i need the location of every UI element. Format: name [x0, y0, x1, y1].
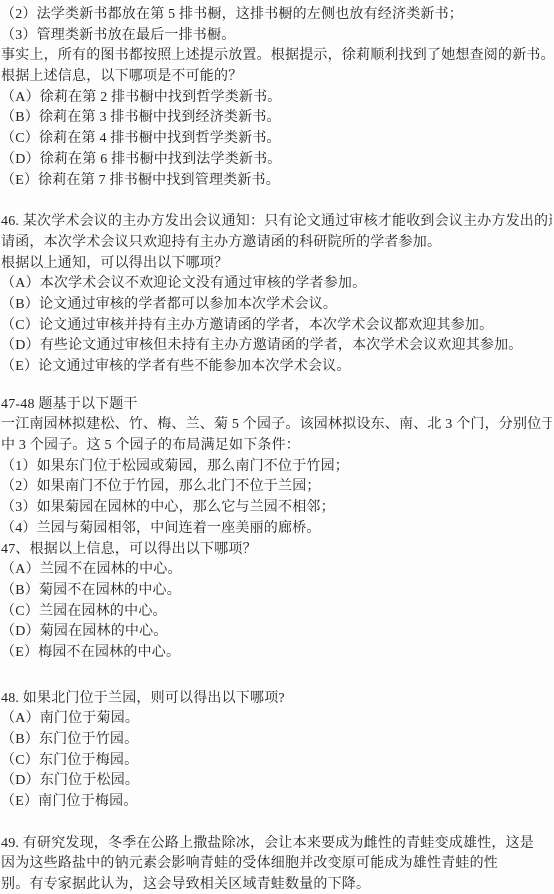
condition-2: （2）如果南门不位于竹园，那么北门不位于兰园； [1, 477, 552, 498]
condition-4: （4）兰园与菊园相邻，中间连着一座美丽的廊桥。 [1, 519, 552, 540]
condition-3: （3）如果菊园在园林的中心，那么它与兰园不相邻； [1, 498, 552, 519]
option-d: （D）东门位于松园。 [1, 771, 552, 792]
option-b: （B）菊园不在园林的中心。 [1, 581, 552, 602]
option-e: （E）南门位于梅园。 [1, 792, 552, 813]
question-line: 根据上述信息，以下哪项是不可能的？ [1, 67, 552, 88]
option-b: （B）论文通过审核的学者都可以参加本次学术会议。 [1, 295, 552, 316]
option-c: （C）论文通过审核并持有主办方邀请函的学者，本次学术会议都欢迎其参加。 [1, 316, 552, 337]
exam-document-page: （2）法学类新书都放在第 5 排书橱，这排书橱的左侧也放有经济类新书； （3）管… [0, 0, 554, 894]
question-47: 47、根据以上信息，可以得出以下哪项？ （A）兰园不在园林的中心。 （B）菊园不… [1, 540, 552, 664]
condition-1: （1）如果东门位于松园或菊园，那么南门不位于竹园； [1, 457, 552, 478]
stem-header: 47-48 题基于以下题干 [1, 395, 552, 416]
option-d: （D）菊园在园林的中心。 [1, 622, 552, 643]
stem-line-3: 别。有专家据此认为，这会导致相关区域青蛙数量的下降。 [1, 875, 552, 894]
option-c: （C）兰园在园林的中心。 [1, 602, 552, 623]
stem-line-2: 因为这些路盐中的钠元素会影响青蛙的受体细胞并改变原可能成为雄性青蛙的性 [1, 854, 552, 875]
option-c: （C）徐莉在第 4 排书橱中找到哲学类新书。 [1, 129, 552, 150]
clue-line-2: （2）法学类新书都放在第 5 排书橱，这排书橱的左侧也放有经济类新书； [1, 5, 552, 26]
option-b: （B）徐莉在第 3 排书橱中找到经济类新书。 [1, 108, 552, 129]
option-a: （A）南门位于菊园。 [1, 709, 552, 730]
question-46: 46. 某次学术会议的主办方发出会议通知：只有论文通过审核才能收到会议主办方发出… [1, 212, 552, 378]
fact-line: 事实上，所有的图书都按照上述提示放置。根据提示，徐莉顺利找到了她想查阅的新书。 [1, 46, 552, 67]
option-e: （E）论文通过审核的学者有些不能参加本次学术会议。 [1, 357, 552, 378]
questions-47-48-stem: 47-48 题基于以下题干 一江南园林拟建松、竹、梅、兰、菊 5 个园子。该园林… [1, 395, 552, 540]
clue-line-3: （3）管理类新书放在最后一排书橱。 [1, 26, 552, 47]
option-a: （A）徐莉在第 2 排书橱中找到哲学类新书。 [1, 88, 552, 109]
option-e: （E）梅园不在园林的中心。 [1, 643, 552, 664]
question-line: 47、根据以上信息，可以得出以下哪项？ [1, 540, 552, 561]
option-a: （A）本次学术会议不欢迎论文没有通过审核的学者参加。 [1, 274, 552, 295]
stem-line-1: 46. 某次学术会议的主办方发出会议通知：只有论文通过审核才能收到会议主办方发出… [1, 212, 552, 233]
exam-page-body: { "page": { "bg_color": "#fdfdfd", "text… [0, 0, 554, 894]
question-45-continuation: （2）法学类新书都放在第 5 排书橱，这排书橱的左侧也放有经济类新书； （3）管… [1, 5, 552, 191]
stem-line-2: 请函，本次学术会议只欢迎持有主办方邀请函的科研院所的学者参加。 [1, 233, 552, 254]
option-d: （D）徐莉在第 6 排书橱中找到法学类新书。 [1, 150, 552, 171]
option-b: （B）东门位于竹园。 [1, 730, 552, 751]
option-c: （C）东门位于梅园。 [1, 751, 552, 772]
option-d: （D）有些论文通过审核但未持有主办方邀请函的学者，本次学术会议欢迎其参加。 [1, 336, 552, 357]
option-e: （E）徐莉在第 7 排书橱中找到管理类新书。 [1, 171, 552, 192]
question-line: 根据以上通知，可以得出以下哪项？ [1, 254, 552, 275]
stem-line-1: 一江南园林拟建松、竹、梅、兰、菊 5 个园子。该园林拟设东、南、北 3 个门，分… [1, 415, 552, 436]
question-line: 48. 如果北门位于兰园，则可以得出以下哪项? [1, 689, 552, 710]
stem-line-1: 49. 有研究发现，冬季在公路上撒盐除冰，会让本来要成为雌性的青蛙变成雄性，这是 [1, 834, 552, 855]
stem-line-2: 中 3 个园子。这 5 个园子的布局满足如下条件： [1, 436, 552, 457]
question-48: 48. 如果北门位于兰园，则可以得出以下哪项? （A）南门位于菊园。 （B）东门… [1, 689, 552, 813]
question-49: 49. 有研究发现，冬季在公路上撒盐除冰，会让本来要成为雌性的青蛙变成雄性，这是… [1, 834, 552, 894]
option-a: （A）兰园不在园林的中心。 [1, 560, 552, 581]
